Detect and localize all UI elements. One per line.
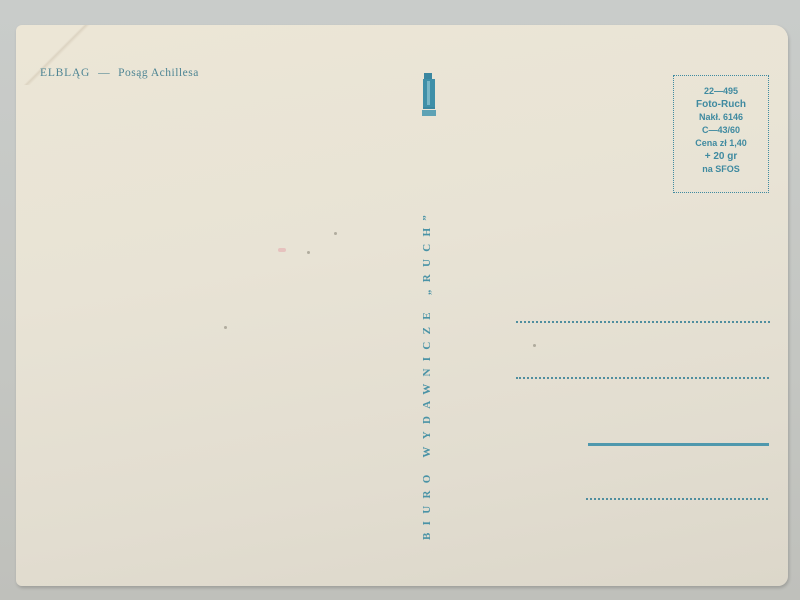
stamp-line: 22—495 — [674, 85, 768, 98]
stamp-line: na SFOS — [674, 163, 768, 176]
ink-spot — [278, 248, 286, 252]
address-line-4 — [586, 498, 768, 500]
stamp-line: + 20 gr — [674, 150, 768, 163]
address-line-3 — [588, 443, 769, 446]
caption: ELBLĄG—Posąg Achillesa — [40, 67, 199, 79]
stamp-line: Foto-Ruch — [674, 98, 768, 111]
publisher-vertical-text: BIURO WYDAWNICZE „RUCH” — [421, 208, 433, 540]
stamp-line: C—43/60 — [674, 124, 768, 137]
caption-place: ELBLĄG — [40, 67, 90, 79]
dust-spot — [334, 232, 337, 235]
dust-spot — [307, 251, 310, 254]
dust-spot — [533, 344, 536, 347]
stamp-line: Cena zł 1,40 — [674, 137, 768, 150]
caption-subject: Posąg Achillesa — [118, 67, 199, 79]
address-line-2 — [516, 377, 769, 379]
stamp-line: Nakł. 6146 — [674, 111, 768, 124]
dust-spot — [224, 326, 227, 329]
stamp-box: 22—495 Foto-Ruch Nakł. 6146 C—43/60 Cena… — [673, 75, 769, 193]
address-line-1 — [516, 321, 770, 323]
caption-dash: — — [98, 67, 110, 79]
ruch-logo-icon — [422, 73, 436, 117]
